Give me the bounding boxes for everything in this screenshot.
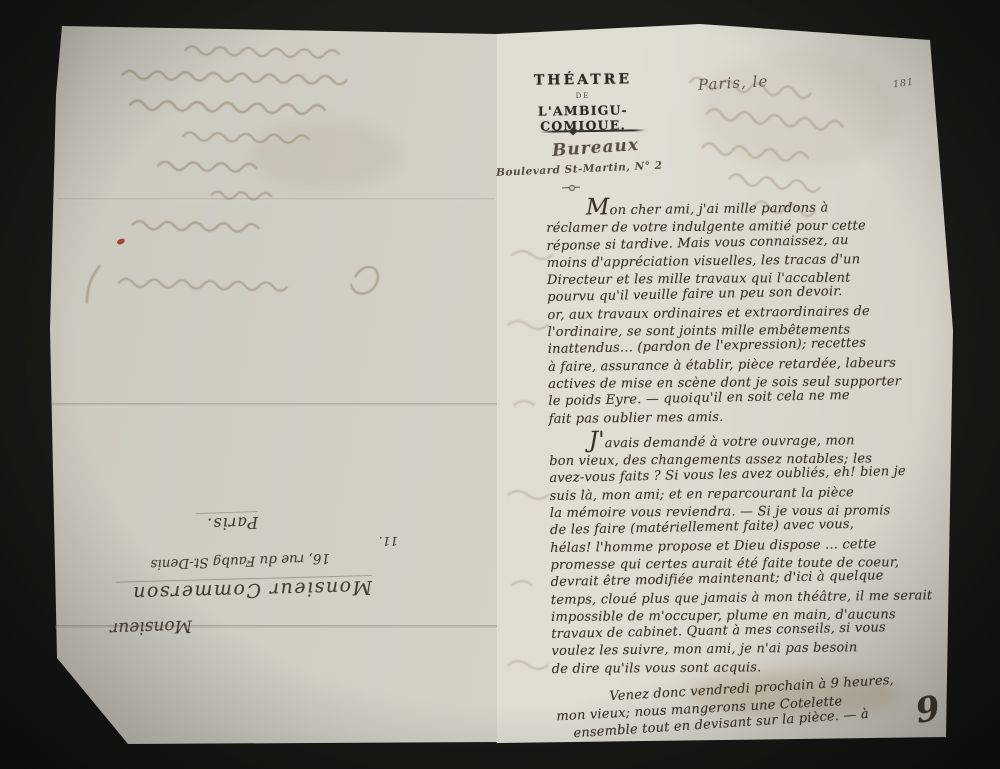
- handwritten-line: fait pas oublier mes amis.: [549, 406, 931, 428]
- letter-paragraph: Mon cher ami, j'ai mille pardons àréclam…: [546, 195, 931, 428]
- letterhead-de: DE: [528, 92, 638, 100]
- letter-paragraph: J'avais demandé à votre ouvrage, monbon …: [549, 428, 934, 678]
- letterhead-theatre: THÉATRE: [528, 71, 638, 89]
- letter-paragraph: Venez donc vendredi prochain à 9 heures,…: [551, 670, 935, 744]
- handwritten-line: J'avais demandé à votre ouvrage, mon: [549, 428, 931, 453]
- address-line: 16, rue du Faubg St-Denis: [76, 550, 330, 575]
- address-line: 11.: [76, 534, 398, 548]
- paris-le-dateline: Paris, le: [698, 72, 769, 94]
- letterhead-mini-ornament: [562, 185, 580, 190]
- letter-photograph: MonsieurMonsieur Commerson16, rue du Fau…: [0, 0, 1000, 769]
- address-line: Monsieur Commerson: [115, 575, 372, 605]
- address-block: MonsieurMonsieur Commerson16, rue du Fau…: [76, 430, 408, 630]
- letter-body: Mon cher ami, j'ai mille pardons àréclam…: [546, 195, 935, 740]
- address-line: Paris.: [196, 511, 258, 534]
